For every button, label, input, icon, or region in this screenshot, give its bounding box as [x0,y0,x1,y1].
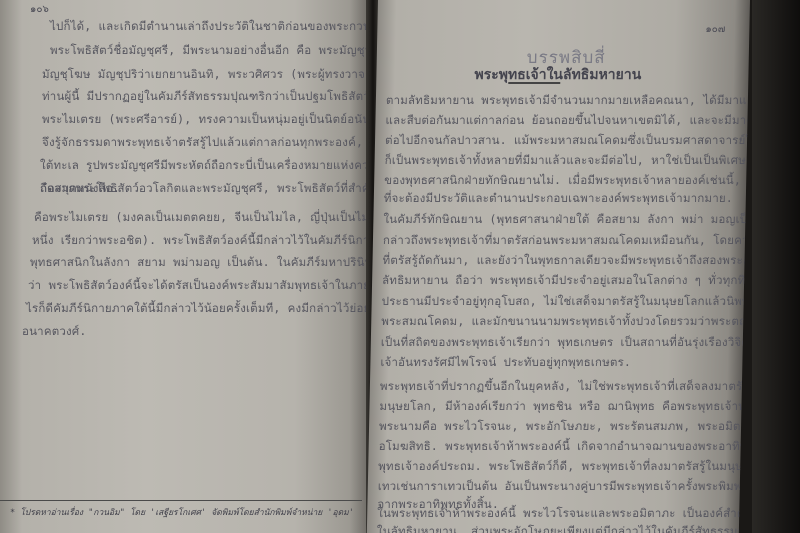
text-line: ถัดจากพระโพธิสัตว์อวโลกิตและพระมัญชุศรี,… [40,180,368,198]
left-page: ๑๐๖ ไปก็ได้, และเกิดมีตำนานเล่าถึงประวัต… [0,0,368,533]
text-line: พุทธศาสนิกในลังกา สยาม พม่ามอญ เป็นต้น. … [30,254,368,272]
text-line: พระสมณโคดม, และมักขนานนามพระพุทธเจ้าทั้ง… [381,313,750,331]
footnote: * โปรดหาอ่านเรื่อง "กวนอิม" โดย 'เสฐียรโ… [10,505,354,519]
text-line: ว่า พระโพธิสัตว์องค์นี้จะได้ตรัสเป็นองค์… [28,277,368,295]
text-line: และสืบต่อกันมาแต่กาลก่อน ย้อนถอยขึ้นไปจน… [385,112,750,130]
text-line: ในลัทธิมหายาน. ส่วนพระอักโษภยะเพียงแต่มี… [377,523,750,533]
text-line: ในพระพุทธเจ้าห้าพระองค์นี้ พระไวโรจนะและ… [377,505,750,523]
footnote-divider [0,500,362,501]
text-line: ก็เป็นพระพุทธเจ้าทั้งหลายที่มีมาแล้วและจ… [384,152,750,170]
text-line: กล่าวถึงพระพุทธเจ้าที่มาตรัสก่อนพระมหาสม… [383,232,750,250]
text-line: คือพระไมเตรย (มงคลเป็นเมตตคยย, จีนเป็นไม… [34,209,368,227]
text-line: พระไมเตรย (พระศรีอารย์), ทรงความเป็นหนุ่… [42,111,368,129]
left-page-number: ๑๐๖ [30,2,49,17]
text-line: พระพุทธเจ้าที่ปรากฏขึ้นอีกในยุคหลัง, ไม่… [380,378,750,396]
text-line: เทวเช่นการาเทวเป็นต้น อันเป็นพระนางคู่บา… [378,478,750,496]
text-line: ตามลัทธิมหายาน พระพุทธเจ้ามีจำนวนมากมายเ… [386,92,750,110]
text-line: พระโพธิสัตว์ชื่อมัญชุศรี, มีพระนามอย่างอ… [50,42,368,60]
text-line: ท่านผู้นี้ มีปรากฏอยู่ในคัมภีร์สัทธรรมปุ… [42,88,368,106]
text-line: ในคัมภีร์ทักษิณยาน (พุทธศาสนาฝ่ายใต้ คือ… [383,211,750,229]
text-line: มัญชุโฆษ มัญชุปริว่าเยกยานอินทิ, พระวศิศ… [42,66,368,84]
text-line: ลัทธิมหายาน ถือว่า พระพุทธเจ้ามีประจำอยู… [382,272,750,290]
text-line: อนาคตวงศ์. [22,323,86,341]
text-line: ของพุทธศาสนิกฝ่ายทักษิณยานไม่. เมื่อมีพร… [384,172,750,190]
text-line: ที่ตรัสรู้ถัดกันมา, และยังว่าในพุทธกาลเด… [382,252,750,270]
text-line: พระนามคือ พระไวโรจนะ, พระอักโษภยะ, พระรั… [379,418,750,436]
text-line: ไรก็ดีคัมภีร์นิกายภาคใต้นี้มีกล่าวไว้น้อ… [26,300,368,318]
right-page-number: ๑๐๗ [705,22,725,37]
text-line: มนุษยโลก, มีห้าองค์เรียกว่า พุทธชิน หรือ… [379,398,750,416]
text-line: พุทธเจ้าองค์ประถม. พระโพธิสัตว์ก็ดี, พระ… [378,458,750,476]
text-line: อโมฆสิทธิ. พระพุทธเจ้าห้าพระองค์นี้ เกิด… [378,438,750,456]
text-line: ที่จะต้องมีประวัติและตำนานประกอบเฉพาะองค… [384,190,734,208]
text-line: หนึ่ง เรียกว่าพระอชิต). พระโพธิสัตว์องค์… [32,232,368,250]
right-page: ๑๐๗ บรรพสิบสี่ พระพุทธเจ้าในลัทธิมหายาน … [367,0,750,533]
text-line: จึงรู้จักธรรมดาพระพุทธเจ้าตรัสรู้ไปแล้วแ… [42,134,368,152]
text-line: ใต้ทะเล รูปพระมัญชุศรีมีพระหัตถ์ถือกระบี… [40,157,368,175]
background-dark-edge [752,0,800,533]
title-underline [508,82,560,84]
text-line: ไปก็ได้, และเกิดมีตำนานเล่าถึงประวัติในช… [50,18,368,36]
text-line: ต่อไปอีกจนกัลปาวสาน. แม้พระมหาสมณโคดมซึ่… [385,132,750,150]
text-line: ประธานมีประจำอยู่ทุกอุโบสถ, ไม่ใช่เสด็จม… [381,293,750,311]
text-line: เป็นที่สถิตของพระพุทธเจ้าเรียกว่า พุทธเก… [381,334,750,352]
text-line: เจ้าอันทรงรัศมีไพโรจน์ ประทับอยู่ทุกพุทธ… [380,354,631,372]
